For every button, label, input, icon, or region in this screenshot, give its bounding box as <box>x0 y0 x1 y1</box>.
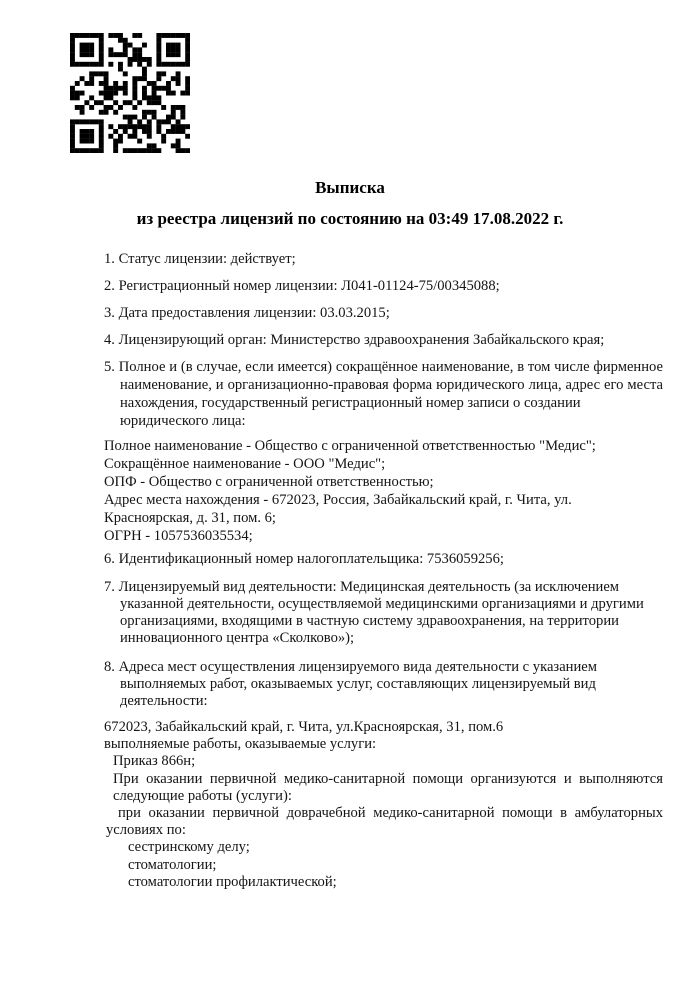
item7-activity-paragraph: 7. Лицензируемый вид деятельности: Медиц… <box>0 579 700 647</box>
item8-addresses-paragraph: 8. Адреса мест осуществления лицензируем… <box>0 659 700 710</box>
doc-line: 5. Полное и (в случае, если имеется) сок… <box>104 358 663 376</box>
item6-inn-block: 6. Идентификационный номер налогоплатель… <box>0 550 700 568</box>
work-services-block: 672023, Забайкальский край, г. Чита, ул.… <box>0 719 700 891</box>
activity-address-line: 672023, Забайкальский край, г. Чита, ул.… <box>104 719 663 736</box>
service-item-line: стоматологии профилактической; <box>128 874 663 891</box>
license-status-line: 1. Статус лицензии: действует; <box>104 250 663 268</box>
license-grant-date-line: 3. Дата предоставления лицензии: 03.03.2… <box>104 304 663 322</box>
org-full-name-line: Полное наименование - Общество с огранич… <box>104 437 663 455</box>
taxpayer-number-line: 6. Идентификационный номер налогоплатель… <box>104 550 663 568</box>
license-reg-number-line: 2. Регистрационный номер лицензии: Л041-… <box>104 277 663 295</box>
doc-line: При оказании первичной медико-санитарной… <box>113 771 663 788</box>
doc-line: 8. Адреса мест осуществления лицензируем… <box>104 659 663 676</box>
doc-line: 7. Лицензируемый вид деятельности: Медиц… <box>104 579 663 596</box>
service-item-line: сестринскому делу; <box>128 839 663 856</box>
doc-line: выполняемые работы, оказываемые услуги: <box>104 736 663 753</box>
org-address-line: Адрес места нахождения - 672023, Россия,… <box>104 491 663 509</box>
org-ogrn-line: ОГРН - 1057536035534; <box>104 527 663 545</box>
organization-details-block: Полное наименование - Общество с огранич… <box>0 437 700 545</box>
doc-line: нахождения, государственный регистрацион… <box>120 394 663 412</box>
doc-line: деятельности: <box>120 693 663 710</box>
order-number-line: Приказ 866н; <box>113 753 663 770</box>
qr-code <box>70 33 190 153</box>
org-short-name-line: Сокращённое наименование - ООО "Медис"; <box>104 455 663 473</box>
service-item-line: стоматологии; <box>128 857 663 874</box>
doc-line: организациями, входящими в частную систе… <box>120 613 663 630</box>
doc-line: выполняемых работ, оказываемых услуг, со… <box>120 676 663 693</box>
doc-line: при оказании первичной доврачебной медик… <box>118 805 663 822</box>
doc-line: инновационного центра «Сколково»); <box>120 630 663 647</box>
org-address-line: Красноярская, д. 31, пом. 6; <box>104 509 663 527</box>
doc-line: наименование, и организационно-правовая … <box>120 376 663 394</box>
document-subtitle: из реестра лицензий по состоянию на 03:4… <box>0 208 700 230</box>
doc-line: указанной деятельности, осуществляемой м… <box>120 596 663 613</box>
org-legal-form-line: ОПФ - Общество с ограниченной ответствен… <box>104 473 663 491</box>
document-title: Выписка <box>0 177 700 199</box>
doc-line: юридического лица: <box>120 412 663 430</box>
doc-line: условиях по: <box>106 822 663 839</box>
document-page: Выписка из реестра лицензий по состоянию… <box>0 0 700 1004</box>
licensing-authority-line: 4. Лицензирующий орган: Министерство здр… <box>104 331 663 349</box>
doc-line: следующие работы (услуги): <box>113 788 663 805</box>
item5-names-paragraph: 5. Полное и (в случае, если имеется) сок… <box>0 358 700 430</box>
